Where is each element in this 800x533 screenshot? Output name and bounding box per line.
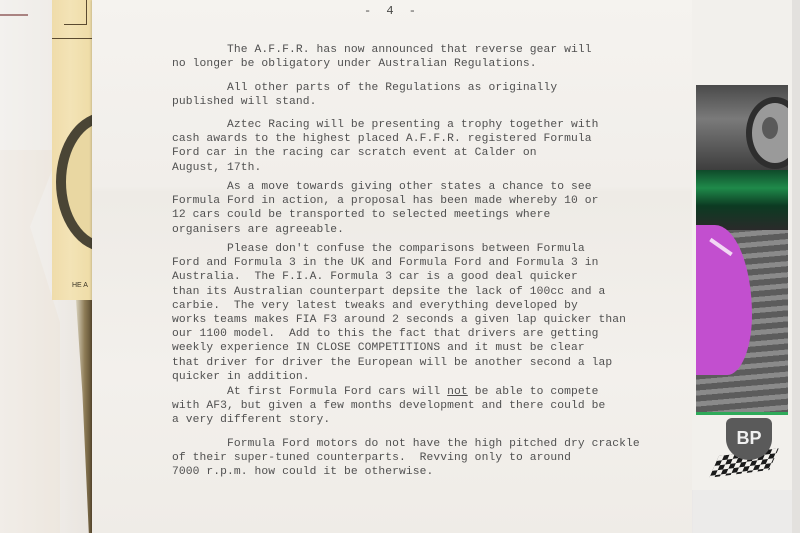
booklet-frame bbox=[64, 0, 87, 25]
paragraph-regulations: All other parts of the Regulations as or… bbox=[172, 81, 712, 109]
racing-car-photo bbox=[696, 85, 788, 415]
typed-letter-page: - 4 - The A.F.F.R. has now announced tha… bbox=[92, 0, 692, 533]
paragraph-reverse-gear: The A.F.F.R. has now announced that reve… bbox=[172, 43, 712, 71]
paragraph-other-states: As a move towards giving other states a … bbox=[172, 180, 712, 237]
green-edge-line bbox=[696, 412, 788, 415]
booklet-footer-text: HE A bbox=[72, 282, 88, 289]
background-right bbox=[792, 0, 800, 533]
paragraph-aztec-racing: Aztec Racing will be presenting a trophy… bbox=[172, 118, 712, 175]
paragraph-at-first: At first Formula Ford cars will not be a… bbox=[172, 385, 712, 428]
paragraph-comparisons: Please don't confuse the comparisons bet… bbox=[172, 242, 712, 384]
page-number: - 4 - bbox=[92, 4, 692, 18]
bp-brochure: BP bbox=[692, 0, 792, 490]
paragraph-motors: Formula Ford motors do not have the high… bbox=[172, 437, 712, 480]
para-text-before: At first Formula Ford cars will bbox=[172, 386, 447, 398]
bp-logo-icon: BP bbox=[726, 418, 772, 460]
underlined-word: not bbox=[447, 386, 468, 398]
green-stripe bbox=[696, 170, 788, 230]
red-mark bbox=[0, 14, 28, 16]
